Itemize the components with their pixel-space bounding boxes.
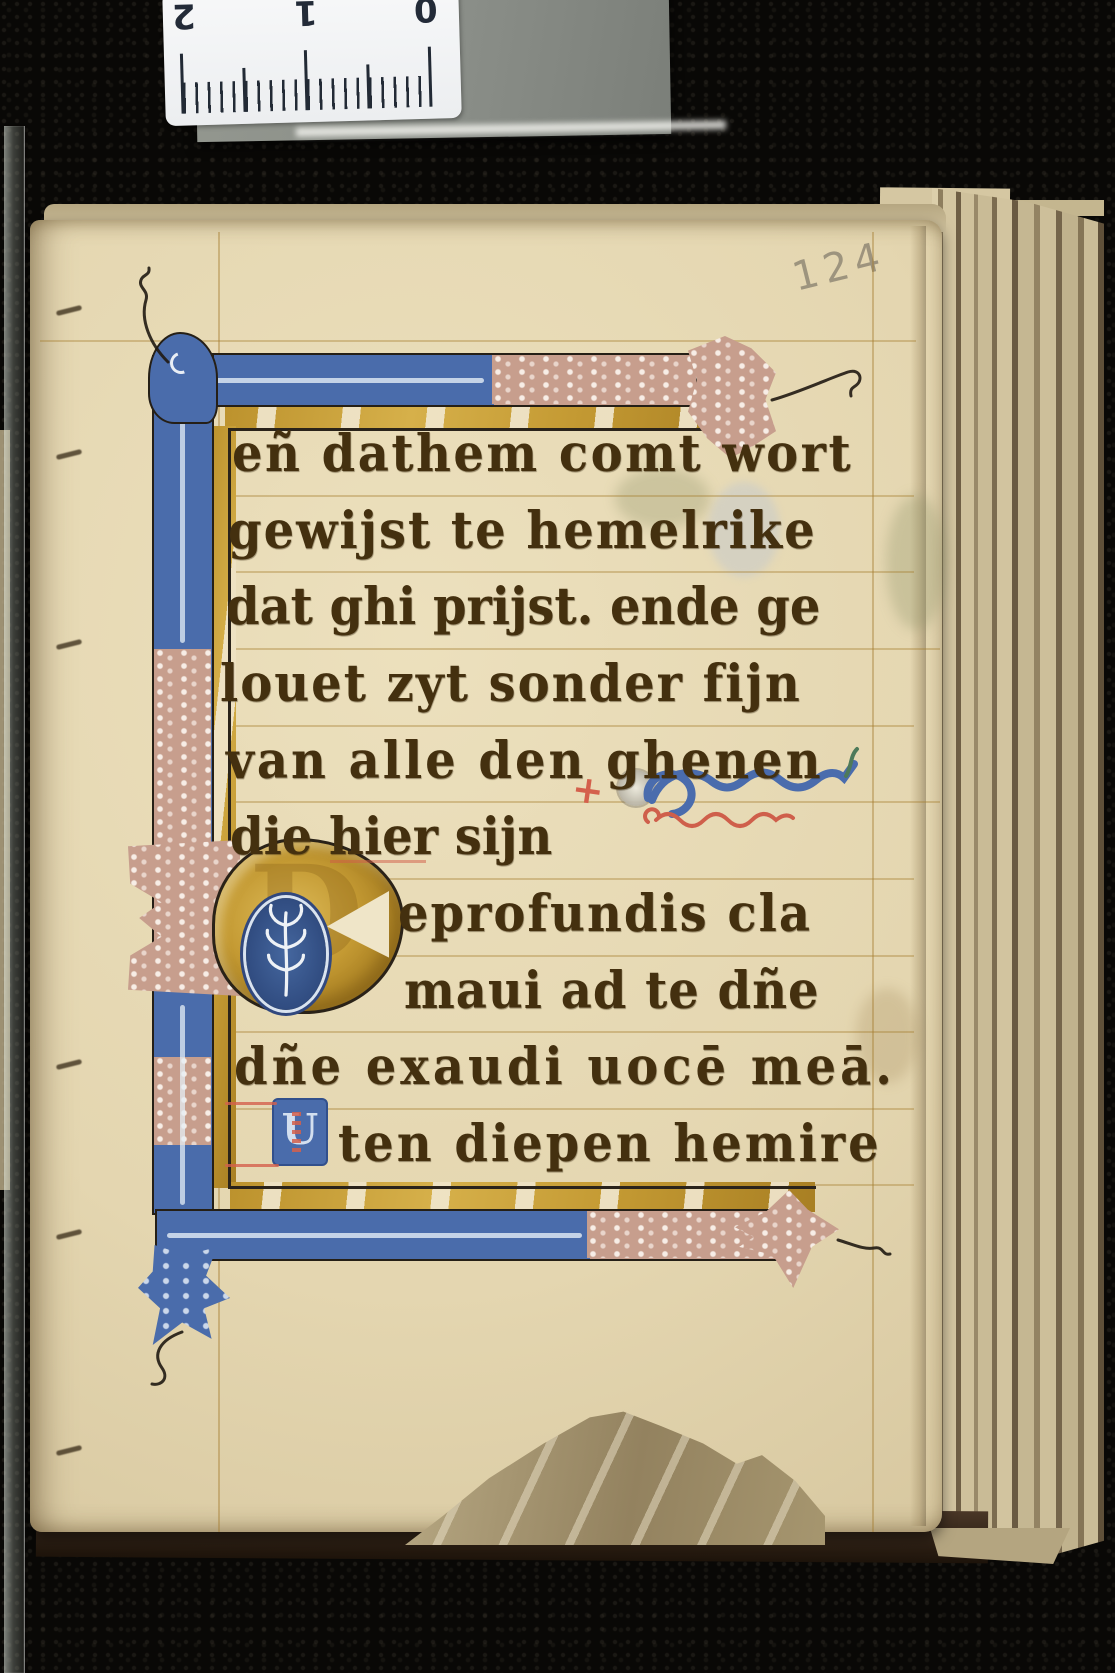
border-filigree-pink — [492, 355, 695, 404]
sewing-slit — [56, 1445, 82, 1456]
sewing-slit — [56, 305, 82, 316]
ruler-number: 1 — [288, 0, 323, 33]
border-corner-top-left — [148, 332, 218, 424]
ruler-number: 2 — [166, 0, 201, 36]
sewing-slit — [56, 639, 82, 650]
ruler-half-tick — [242, 68, 246, 112]
border-bar-top — [158, 353, 698, 407]
border-bar-left — [152, 355, 214, 1215]
sewing-slit — [56, 1059, 82, 1070]
sewing-slit — [56, 449, 82, 460]
ruling-line — [198, 571, 914, 573]
small-initial: U — [272, 1098, 328, 1166]
ruler-number: 0 — [408, 0, 443, 29]
text-line: gewijst te hemelrike — [228, 505, 817, 556]
border-white-line — [167, 1233, 582, 1238]
ruling-line — [198, 495, 914, 497]
border-bar-bottom — [155, 1209, 800, 1261]
measure-ruler: 2 1 0 — [162, 0, 462, 126]
leaf-fore-edge — [910, 226, 926, 1526]
sewing-slit — [56, 1229, 82, 1240]
ruler-cm-tick — [428, 47, 433, 107]
text-line: maui ad te dñe — [404, 965, 820, 1016]
text-line: eñ dathem comt wort — [232, 428, 853, 479]
folio-number: 124 — [788, 233, 891, 300]
stain — [886, 495, 946, 630]
ruling-line — [198, 1031, 914, 1033]
text-line: van alle den ghenen — [226, 735, 823, 786]
inner-frame-bottom — [228, 1186, 816, 1189]
manuscript-page: 124 — [30, 220, 942, 1532]
ruler-half-tick — [366, 64, 370, 108]
text-line: die hier sijn — [230, 811, 552, 862]
initial-blue-center — [246, 898, 326, 1010]
text-line: louet zyt sonder fijn — [220, 658, 802, 709]
text-line: ten diepen hemire — [338, 1118, 882, 1169]
border-white-line — [180, 1005, 185, 1205]
text-line: dat ghi prijst. ende ge — [226, 581, 820, 632]
ruling-line — [198, 648, 940, 650]
ruling-vertical — [872, 232, 874, 1532]
fore-edge-page-stack — [932, 188, 1104, 1560]
glass-strip — [4, 126, 25, 1673]
text-line: dñe exaudi uocē meā. — [234, 1041, 896, 1092]
text-line: eprofundis cla — [398, 888, 812, 939]
penwork-red-line — [225, 1102, 277, 1105]
manuscript-photo: 2 1 0 124 — [0, 0, 1115, 1673]
initial-foliate-sprig — [246, 898, 326, 1010]
parchment-tear — [405, 1400, 825, 1545]
penwork-red-line — [225, 1164, 279, 1167]
